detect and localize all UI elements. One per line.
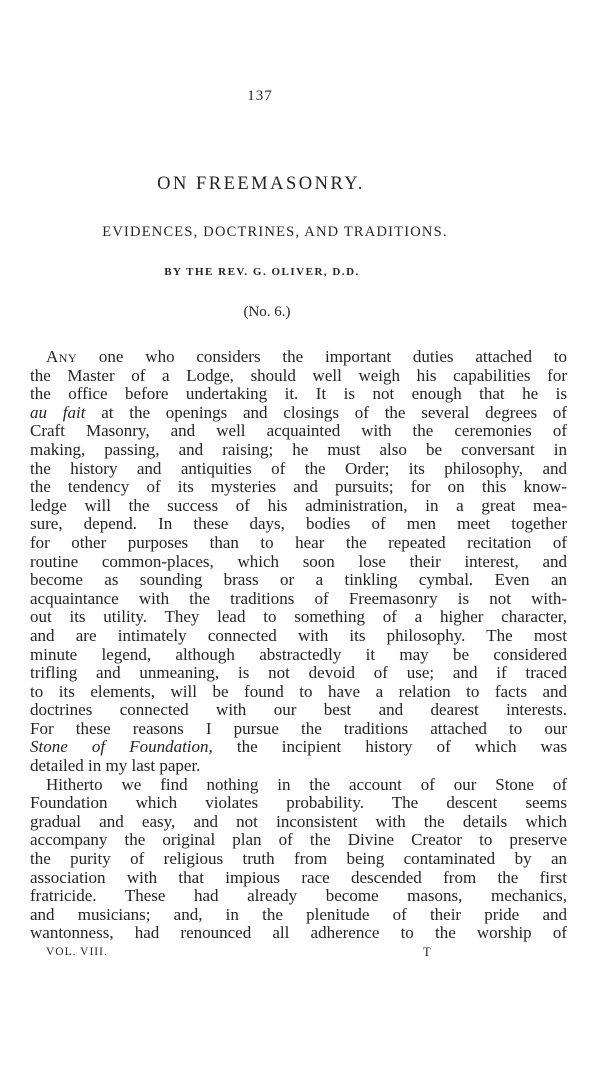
body-line: minute legend, although abstractedly it … [30,646,567,665]
body-line: acquaintance with the traditions of Free… [30,590,567,609]
body-line: au fait at the openings and closings of … [30,404,567,423]
body-line: to its elements, will be found to have a… [30,683,567,702]
body-line: out its utility. They lead to something … [30,608,567,627]
body-line: Foundation which violates probability. T… [30,794,567,813]
body-line: and are intimately connected with its ph… [30,627,567,646]
body-line: Hitherto we find nothing in the account … [30,776,567,795]
body-line: become as sounding brass or a tinkling c… [30,571,567,590]
body-line: gradual and easy, and not inconsistent w… [30,813,567,832]
body-line: ledge will the success of his administra… [30,497,567,516]
footer-volume-label: VOL. VIII. [46,946,108,958]
article-body: Any one who considers the important duti… [30,348,567,943]
body-line: and musicians; and, in the plenitude of … [30,906,567,925]
body-line: the history and antiquities of the Order… [30,460,567,479]
body-line: the Master of a Lodge, should well weigh… [30,367,567,386]
body-line: Craft Masonry, and well acquainted with … [30,422,567,441]
body-line: accompany the original plan of the Divin… [30,831,567,850]
body-line: making, passing, and raising; he must al… [30,441,567,460]
body-line: Any one who considers the important duti… [30,348,567,367]
body-line: sure, depend. In these days, bodies of m… [30,515,567,534]
article-subtitle: EVIDENCES, DOCTRINES, AND TRADITIONS. [30,224,520,241]
body-line: routine common-places, which soon lose t… [30,553,567,572]
body-line: wantonness, had renounced all adherence … [30,924,567,943]
scanned-book-page: 137 ON FREEMASONRY. EVIDENCES, DOCTRINES… [0,0,603,1065]
body-line: for other purposes than to hear the repe… [30,534,567,553]
body-line: the tendency of its mysteries and pursui… [30,478,567,497]
body-line: Stone of Foundation, the incipient histo… [30,738,567,757]
article-title: ON FREEMASONRY. [30,174,492,195]
body-line: the office before undertaking it. It is … [30,385,567,404]
body-line: the purity of religious truth from being… [30,850,567,869]
body-line: detailed in my last paper. [30,757,567,776]
article-issue-number: (No. 6.) [30,304,504,321]
body-line: association with that impious race desce… [30,869,567,888]
body-line: fratricide. These had already become mas… [30,887,567,906]
article-byline: BY THE REV. G. OLIVER, D.D. [30,266,494,278]
body-line: trifling and unmeaning, is not devoid of… [30,664,567,683]
footer-signature-mark: T [423,945,431,960]
page-number: 137 [30,88,490,105]
body-line: doctrines connected with our best and de… [30,701,567,720]
body-line: For these reasons I pursue the tradition… [30,720,567,739]
